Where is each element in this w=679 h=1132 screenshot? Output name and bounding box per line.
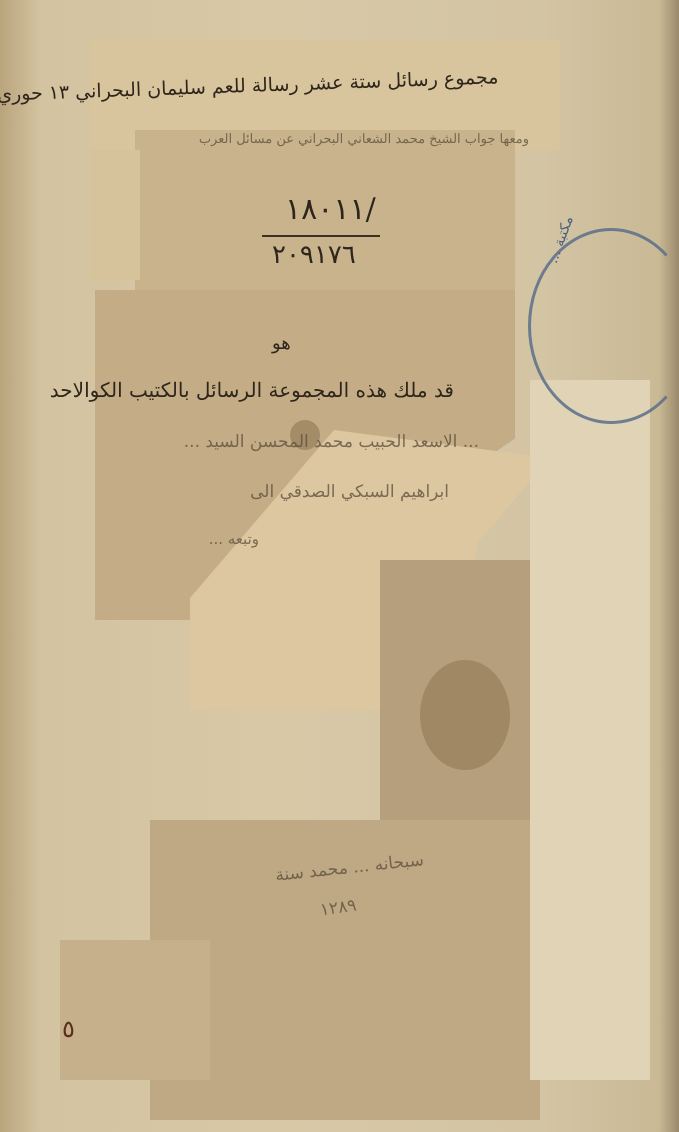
invocation: هو (272, 333, 291, 354)
catalog-divider (262, 235, 380, 237)
body-line-3: ابراهيم السبكي الصدقي الى (250, 482, 449, 502)
body-line-4: وتبعه ... (209, 530, 259, 548)
paper-patch-left-strip (90, 150, 140, 280)
manuscript-page: مجموع رسائل ستة عشر رسالة للعم سليمان ال… (0, 0, 679, 1132)
paper-patch-bottom-left (60, 940, 210, 1080)
catalog-number-bottom: ٢٠٩١٧٦ (272, 240, 356, 270)
stain (420, 660, 510, 770)
body-line-2: ... الاسعد الحبيب محمد المحسن السيد ... (184, 432, 479, 452)
catalog-number-top: ١٨٠١١/ (285, 192, 376, 227)
paper-patch-light-right (530, 380, 650, 1080)
body-line-1: قد ملك هذه المجموعة الرسائل بالكتيب الكو… (50, 378, 454, 402)
header-line-2: ومعها جواب الشيخ محمد الشعاني البحراني ع… (199, 132, 529, 147)
corner-mark: ٥ (62, 1015, 75, 1043)
